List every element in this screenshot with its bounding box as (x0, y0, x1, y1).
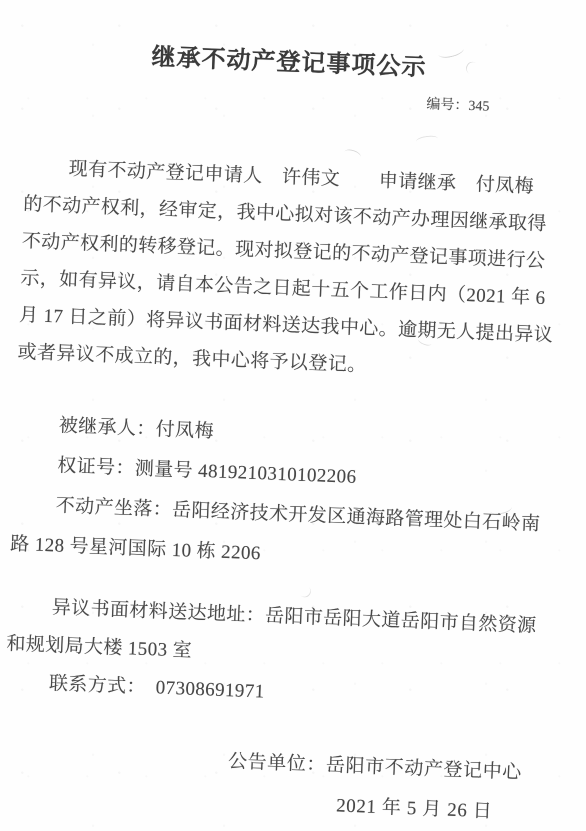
notice-body-paragraph: 现有不动产登记申请人 许伟文 申请继承 付凤梅 的不动产权利，经审定，我中心拟对… (17, 149, 545, 391)
notice-title: 继承不动产登记事项公示 (29, 38, 550, 88)
notice-page-content: 继承不动产登记事项公示 编号：345 现有不动产登记申请人 许伟文 申请继承 付… (0, 30, 550, 831)
objection-delivery-block: 异议书面材料送达地址：岳阳市岳阳大道岳阳市自然资源 和规划局大楼 1503 室 … (4, 588, 528, 722)
doc-number: 编号：345 (27, 80, 547, 120)
scanned-document-background: { "notice": { "title": "继承不动产登记事项公示", "d… (0, 0, 586, 831)
property-info-block: 被继承人：付凤梅 权证号：测量号 4819210310102206 不动产坐落：… (9, 405, 535, 585)
notice-footer: 公告单位：岳阳市不动产登记中心 2021 年 5 月 26 日 (0, 733, 523, 831)
